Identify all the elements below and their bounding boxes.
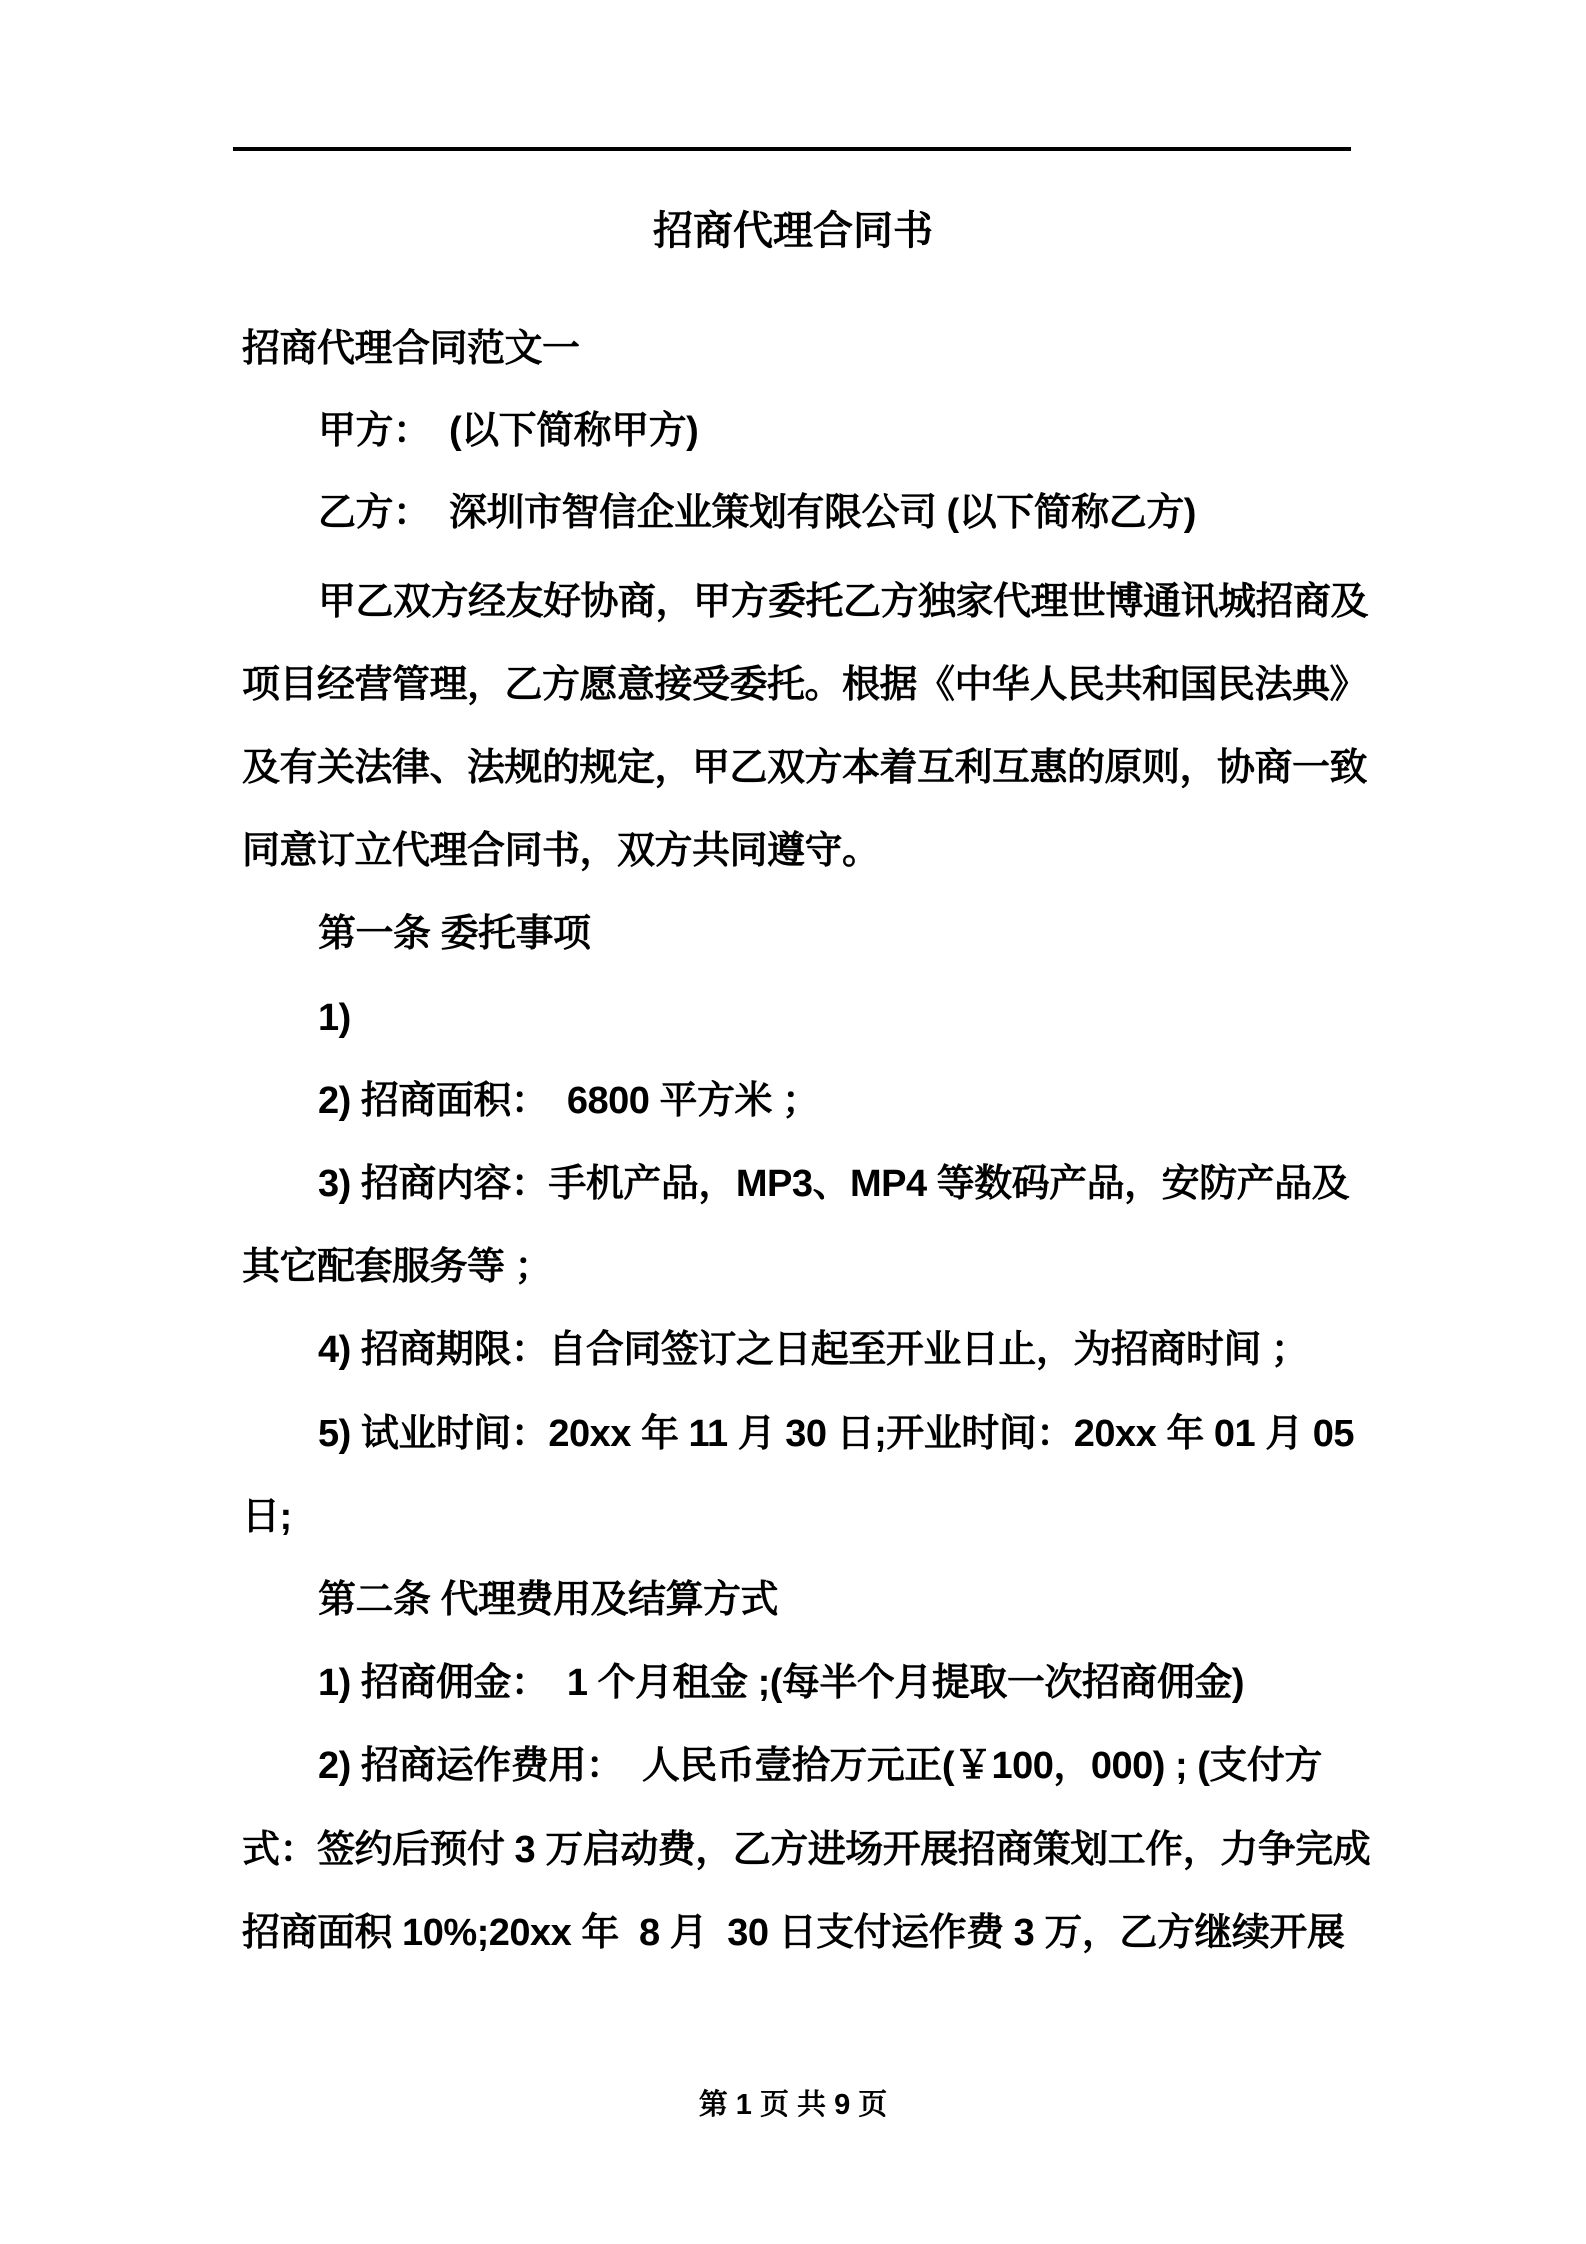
doc-line-item-4: 4) 招商期限：自合同签订之日起至开业日止，为招商时间 ；: [318, 1329, 1308, 1371]
doc-line-party-b: 乙方： 深圳市智信企业策划有限公司 (以下简称乙方): [318, 492, 1196, 534]
doc-heading-clause-1: 第一条 委托事项: [318, 913, 591, 955]
doc-line: 日;: [242, 1496, 292, 1538]
header-rule: [233, 147, 1351, 151]
doc-line-item-3: 3) 招商内容：手机产品，MP3、MP4 等数码产品，安防产品及: [318, 1163, 1349, 1205]
doc-line: 甲乙双方经友好协商，甲方委托乙方独家代理世博通讯城招商及: [318, 581, 1368, 623]
document-title: 招商代理合同书: [0, 199, 1586, 256]
doc-line-item-1: 1) 招商佣金： 1 个月租金 ;(每半个月提取一次招商佣金): [318, 1662, 1244, 1704]
doc-line-item-5: 5) 试业时间：20xx 年 11 月 30 日;开业时间：20xx 年 01 …: [318, 1413, 1354, 1455]
doc-line-item-1: 1): [318, 997, 351, 1039]
doc-line-item-2: 2) 招商运作费用： 人民币壹拾万元正(￥100，000) ; (支付方: [318, 1745, 1322, 1787]
doc-heading-clause-2: 第二条 代理费用及结算方式: [318, 1579, 778, 1621]
doc-line: 其它配套服务等 ；: [242, 1246, 552, 1288]
doc-line: 及有关法律、法规的规定，甲乙双方本着互利互惠的原则，协商一致: [242, 747, 1367, 789]
doc-line: 式：签约后预付 3 万启动费，乙方进场开展招商策划工作，力争完成: [242, 1829, 1370, 1871]
doc-line: 招商面积 10%;20xx 年 8 月 30 日支付运作费 3 万，乙方继续开展: [242, 1912, 1344, 1954]
doc-line-subtitle: 招商代理合同范文一: [242, 328, 580, 370]
doc-line: 同意订立代理合同书，双方共同遵守。: [242, 830, 880, 872]
contract-document-page: 招商代理合同书 招商代理合同范文一 甲方： (以下简称甲方) 乙方： 深圳市智信…: [0, 0, 1586, 2244]
doc-line-item-2: 2) 招商面积： 6800 平方米 ；: [318, 1080, 820, 1122]
page-number-footer: 第 1 页 共 9 页: [0, 2082, 1586, 2123]
doc-line-party-a: 甲方： (以下简称甲方): [318, 410, 698, 452]
doc-line: 项目经营管理，乙方愿意接受委托。根据《中华人民共和国民法典》: [242, 664, 1367, 706]
